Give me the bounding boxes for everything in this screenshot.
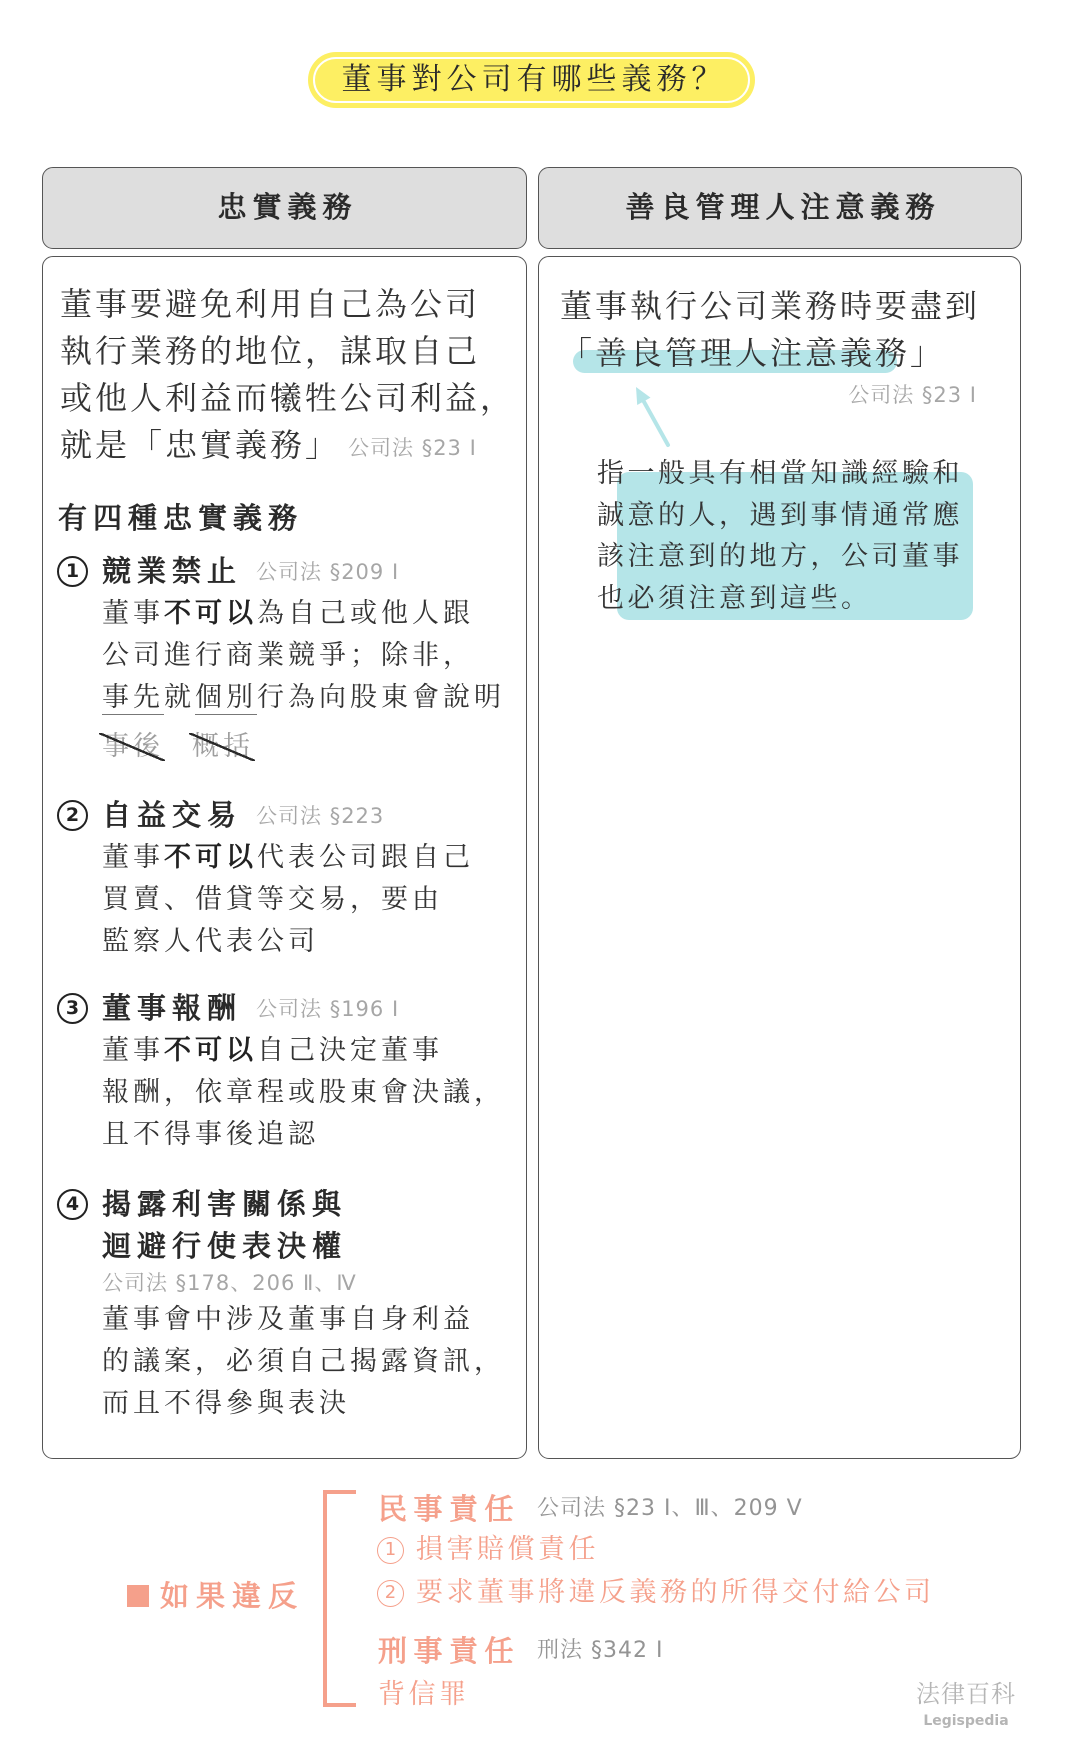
item-body-line: 董事不可以自己決定董事 — [102, 1030, 505, 1072]
header-loyalty-duty: 忠實義務 — [42, 167, 527, 249]
text-segment: 自己決定董事 — [257, 1035, 443, 1066]
civil-liability-item-text: 要求董事將違反義務的所得交付給公司 — [416, 1573, 935, 1613]
item-title: 揭露利害關係與 迴避行使表決權 — [102, 1183, 347, 1267]
title-banner: 董事對公司有哪些義務？ — [308, 52, 755, 108]
care-intro-line: 董事執行公司業務時要盡到 — [560, 283, 980, 330]
item-citation: 公司法 §209 Ⅰ — [256, 556, 399, 586]
item-title-line: 迴避行使表決權 — [102, 1225, 347, 1267]
circled-number-icon: 3 — [57, 993, 88, 1024]
item-body: 董事不可以代表公司跟自己 買賣、借貸等交易，要由 監察人代表公司 — [56, 837, 474, 963]
callout-line: 誠意的人，遇到事情通常應 — [597, 495, 963, 537]
item-body-line: 而且不得參與表決 — [102, 1383, 505, 1425]
loyalty-intro-line: 執行業務的地位，謀取自己 — [60, 328, 515, 375]
criminal-liability-citation: 刑法 §342 Ⅰ — [537, 1631, 663, 1671]
text-segment: 董事 — [102, 1035, 164, 1066]
item-heading: 4 揭露利害關係與 迴避行使表決權 — [56, 1183, 505, 1267]
item-heading: 1 競業禁止 公司法 §209 Ⅰ — [56, 549, 505, 593]
text-segment: 代表公司跟自己 — [257, 842, 474, 873]
emphasis-text: 不可以 — [164, 842, 257, 873]
underlined-term: 事先 — [102, 682, 164, 715]
item-body-line: 報酬，依章程或股東會決議， — [102, 1072, 505, 1114]
item-body-line: 公司進行商業競爭；除非， — [102, 635, 505, 677]
legispedia-logo: 法律百科 Legispedia — [912, 1680, 1020, 1730]
item-body-line: 的議案，必須自己揭露資訊， — [102, 1341, 505, 1383]
item-body-line: 董事會中涉及董事自身利益 — [102, 1299, 505, 1341]
pointer-arrow-icon — [620, 375, 680, 455]
close-quote: 」 — [910, 334, 945, 372]
underlined-term: 個別 — [195, 682, 257, 715]
if-violated-label: 如果違反 — [160, 1576, 304, 1616]
item-body-line: 監察人代表公司 — [102, 921, 474, 963]
struck-term: 概括 — [192, 732, 254, 762]
circled-number-icon: 1 — [57, 556, 88, 587]
emphasis-text: 不可以 — [164, 1035, 257, 1066]
item-body: 董事不可以自己決定董事 報酬，依章程或股東會決議， 且不得事後追認 — [56, 1030, 505, 1156]
civil-liability-item: 1 損害賠償責任 — [377, 1530, 599, 1570]
four-duties-subheading: 有四種忠實義務 — [58, 498, 303, 538]
strikethrough-line — [99, 733, 165, 761]
criminal-liability-item: 背信罪 — [378, 1675, 470, 1715]
open-quote: 「 — [560, 334, 595, 372]
item-title: 競業禁止 — [102, 549, 242, 593]
bracket-top — [323, 1490, 356, 1494]
text-segment: 行為向股東會說明 — [257, 682, 505, 713]
item-body-line: 買賣、借貸等交易，要由 — [102, 879, 474, 921]
loyalty-intro-text: 就是「忠實義務」 — [60, 426, 340, 464]
civil-liability-item: 2 要求董事將違反義務的所得交付給公司 — [377, 1573, 935, 1613]
logo-name: 法律百科 — [912, 1680, 1020, 1708]
circled-number-icon: 1 — [377, 1537, 404, 1564]
item-citation-row: 公司法 §178、206 Ⅱ、Ⅳ — [56, 1267, 505, 1299]
emphasis-text: 不可以 — [164, 598, 257, 629]
text-segment: 為自己或他人跟 — [257, 598, 474, 629]
circled-number-icon: 2 — [57, 800, 88, 831]
item-citation: 公司法 §178、206 Ⅱ、Ⅳ — [102, 1271, 357, 1295]
loyalty-intro-line: 或他人利益而犧牲公司利益， — [60, 375, 515, 422]
circled-number-icon: 2 — [377, 1580, 404, 1607]
item-body: 董事不可以為自己或他人跟 公司進行商業競爭；除非， 事先就個別行為向股東會說明 — [56, 593, 505, 719]
care-citation: 公司法 §23 Ⅰ — [848, 383, 977, 407]
struck-term: 事後 — [102, 732, 164, 762]
loyalty-intro: 董事要避免利用自己為公司 執行業務的地位，謀取自己 或他人利益而犧牲公司利益， … — [60, 281, 515, 472]
loyalty-intro-line: 董事要避免利用自己為公司 — [60, 281, 515, 328]
duty-item-non-compete: 1 競業禁止 公司法 §209 Ⅰ 董事不可以為自己或他人跟 公司進行商業競爭；… — [56, 549, 505, 775]
bracket-bottom — [323, 1703, 356, 1707]
item-body-line: 且不得事後追認 — [102, 1114, 505, 1156]
civil-liability-heading: 民事責任 公司法 §23 Ⅰ、Ⅲ、209 Ⅴ — [378, 1489, 803, 1529]
duty-of-care-panel — [538, 256, 1021, 1459]
duty-item-conflict-disclosure: 4 揭露利害關係與 迴避行使表決權 公司法 §178、206 Ⅱ、Ⅳ 董事會中涉… — [56, 1183, 505, 1425]
logo-subtitle: Legispedia — [912, 1712, 1020, 1730]
item-heading: 3 董事報酬 公司法 §196 Ⅰ — [56, 986, 505, 1030]
highlighted-term: 善良管理人注意義務 — [595, 334, 910, 372]
text-segment: 董事 — [102, 842, 164, 873]
header-duty-of-care: 善良管理人注意義務 — [538, 167, 1022, 249]
item-title: 董事報酬 — [102, 986, 242, 1030]
duty-item-self-dealing: 2 自益交易 公司法 §223 董事不可以代表公司跟自己 買賣、借貸等交易，要由… — [56, 793, 474, 963]
callout-line: 也必須注意到這些。 — [597, 578, 963, 620]
item-citation: 公司法 §223 — [256, 800, 384, 830]
duty-item-director-compensation: 3 董事報酬 公司法 §196 Ⅰ 董事不可以自己決定董事 報酬，依章程或股東會… — [56, 986, 505, 1156]
criminal-liability-heading: 刑事責任 刑法 §342 Ⅰ — [378, 1631, 663, 1671]
item-body: 董事會中涉及董事自身利益 的議案，必須自己揭露資訊， 而且不得參與表決 — [56, 1299, 505, 1425]
callout-line: 該注意到的地方，公司董事 — [597, 536, 963, 578]
civil-liability-item-text: 損害賠償責任 — [416, 1530, 599, 1570]
civil-liability-citation: 公司法 §23 Ⅰ、Ⅲ、209 Ⅴ — [537, 1489, 803, 1529]
definition-callout: 指一般具有相當知識經驗和 誠意的人，遇到事情通常應 該注意到的地方，公司董事 也… — [597, 453, 963, 619]
text-segment: 董事 — [102, 598, 164, 629]
header-duty-of-care-label: 善良管理人注意義務 — [619, 190, 940, 224]
header-loyalty-duty-label: 忠實義務 — [211, 190, 357, 224]
callout-line: 指一般具有相當知識經驗和 — [597, 453, 963, 495]
item-title-line: 揭露利害關係與 — [102, 1183, 347, 1225]
item-title: 自益交易 — [102, 793, 242, 837]
item-citation: 公司法 §196 Ⅰ — [256, 993, 399, 1023]
square-bullet-icon — [127, 1585, 149, 1607]
circled-number-icon: 4 — [57, 1189, 88, 1220]
item-body-line: 董事不可以代表公司跟自己 — [102, 837, 474, 879]
struck-terms-row: 事後 概括 — [56, 719, 505, 775]
strikethrough-line — [189, 733, 255, 761]
loyalty-intro-citation: 公司法 §23 Ⅰ — [348, 436, 477, 460]
bracket-vertical — [323, 1490, 327, 1707]
civil-liability-title: 民事責任 — [378, 1489, 520, 1529]
text-segment: 就 — [164, 682, 195, 713]
item-heading: 2 自益交易 公司法 §223 — [56, 793, 474, 837]
care-intro: 董事執行公司業務時要盡到 「善良管理人注意義務」 — [560, 283, 980, 377]
loyalty-intro-line: 就是「忠實義務」公司法 §23 Ⅰ — [60, 422, 515, 472]
page-title: 董事對公司有哪些義務？ — [308, 52, 755, 108]
item-body-line: 事先就個別行為向股東會說明 — [102, 677, 505, 719]
care-intro-line: 「善良管理人注意義務」 — [560, 330, 980, 377]
item-body-line: 董事不可以為自己或他人跟 — [102, 593, 505, 635]
criminal-liability-title: 刑事責任 — [378, 1631, 520, 1671]
